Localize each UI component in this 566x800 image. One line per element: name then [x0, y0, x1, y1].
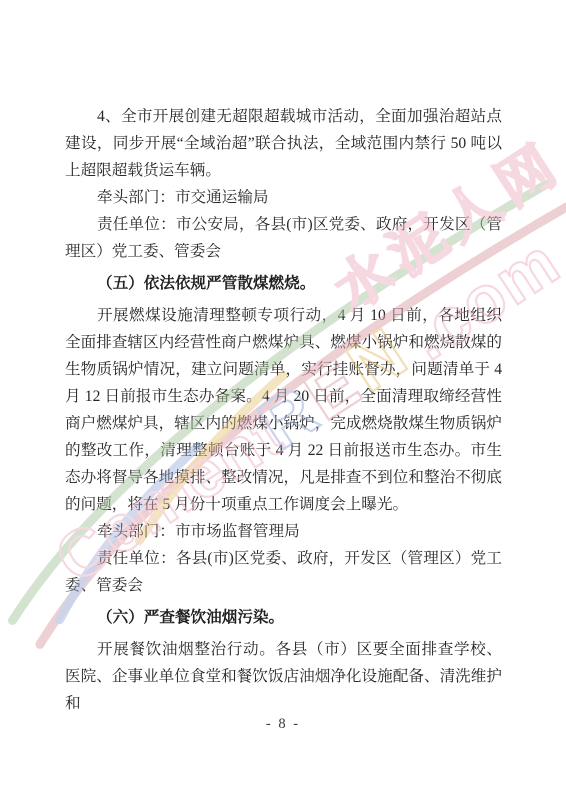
- document-body: 4、全市开展创建无超限超载城市活动，全面加强治超站点建设，同步开展“全域治超”联…: [65, 103, 502, 717]
- para-coal-cleanup: 开展燃煤设施清理整顿专项行动，4 月 10 日前，各地组织全面排查辖区内经营性商…: [65, 302, 502, 518]
- label-lead-dept-market: 牵头部门：市市场监督管理局: [65, 518, 502, 545]
- heading-section-6: （六）严查餐饮油烟污染。: [65, 604, 502, 631]
- page-number: - 8 -: [0, 716, 566, 733]
- para-restaurant-fume: 开展餐饮油烟整治行动。各县（市）区要全面排查学校、医院、企事业单位食堂和餐饮饭店…: [65, 636, 502, 717]
- label-responsible-units-1: 责任单位：市公安局，各县(市)区党委、政府，开发区（管理区）党工委、管委会: [65, 211, 502, 265]
- label-lead-dept-transport: 牵头部门：市交通运输局: [65, 184, 502, 211]
- document-page: 4、全市开展创建无超限超载城市活动，全面加强治超站点建设，同步开展“全域治超”联…: [0, 0, 566, 800]
- para-traffic-overload: 4、全市开展创建无超限超载城市活动，全面加强治超站点建设，同步开展“全域治超”联…: [65, 103, 502, 184]
- label-responsible-units-2: 责任单位：各县(市)区党委、政府，开发区（管理区）党工委、管委会: [65, 545, 502, 599]
- heading-section-5: （五）依法依规严管散煤燃烧。: [65, 270, 502, 297]
